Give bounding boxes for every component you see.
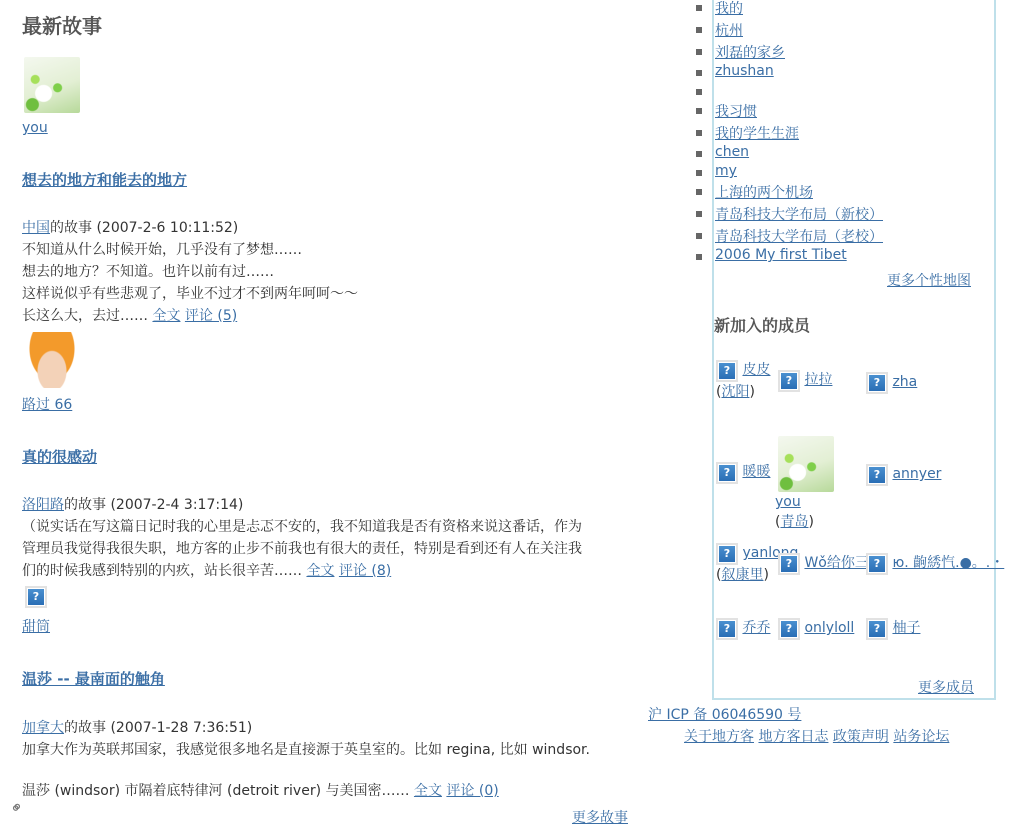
missing-avatar-icon[interactable]: ? bbox=[25, 586, 47, 608]
story-title-link[interactable]: 真的很感动 bbox=[22, 446, 97, 467]
footer-link-blog[interactable]: 地方客日志 bbox=[758, 729, 828, 745]
missing-avatar-icon: ? bbox=[716, 618, 738, 640]
member-name[interactable]: ю. 齣綉忾.●。.・ bbox=[892, 555, 1004, 571]
more-stories-link[interactable]: 更多故事 bbox=[572, 807, 628, 827]
story-excerpt: 不知道从什么时候开始，几乎没有了梦想…… bbox=[22, 240, 302, 261]
map-link[interactable]: 上海的两个机场 bbox=[715, 182, 813, 202]
member-card[interactable]: ? 皮皮(沈阳) bbox=[716, 360, 770, 402]
member-name[interactable]: 乔乔 bbox=[742, 620, 770, 636]
member-name[interactable]: you bbox=[775, 494, 801, 510]
member-name[interactable]: 皮皮 bbox=[742, 362, 770, 378]
member-city[interactable]: 叙康里 bbox=[721, 567, 763, 583]
story-meta: 加拿大的故事 (2007-1-28 7:36:51) bbox=[22, 718, 252, 739]
missing-avatar-icon: ? bbox=[866, 553, 888, 575]
member-card[interactable]: ? annyer bbox=[863, 464, 941, 486]
map-link[interactable]: 我的 bbox=[715, 0, 743, 18]
member-card[interactable]: ? 乔乔 bbox=[716, 618, 770, 640]
story-date: 的故事 (2007-2-4 3:17:14) bbox=[64, 497, 243, 513]
map-link[interactable]: 青岛科技大学布局（老校） bbox=[715, 226, 883, 246]
member-card[interactable]: ? ю. 齣綉忾.●。.・ bbox=[863, 553, 1004, 575]
member-card[interactable]: ? 柚子 bbox=[863, 618, 920, 640]
footer-link-about[interactable]: 关于地方客 bbox=[684, 729, 754, 745]
comments-link[interactable]: 评论 (0) bbox=[446, 783, 498, 799]
author-link[interactable]: 甜筒 bbox=[22, 616, 50, 636]
footer-link-forum[interactable]: 站务论坛 bbox=[893, 729, 949, 745]
icp-link[interactable]: 沪 ICP 备 06046590 号 bbox=[648, 704, 801, 724]
missing-avatar-icon: ? bbox=[716, 360, 738, 382]
story-excerpt: 加拿大作为英联邦国家，我感觉很多地名是直接源于英皇室的。比如 regina, 比… bbox=[22, 740, 590, 761]
member-card[interactable]: ? onlyloll bbox=[775, 618, 854, 640]
missing-avatar-icon: ? bbox=[778, 618, 800, 640]
author-avatar[interactable] bbox=[24, 57, 80, 113]
more-maps-link[interactable]: 更多个性地图 bbox=[887, 270, 971, 290]
missing-avatar-icon: ? bbox=[866, 464, 888, 486]
story-excerpt: 这样说似乎有些悲观了，毕业不过才不到两年呵呵～～ bbox=[22, 284, 358, 305]
missing-avatar-icon: ? bbox=[778, 553, 800, 575]
story-excerpt: 管理员我觉得我很失职，地方客的止步不前我也有很大的责任，特别是看到还有人在关注我 bbox=[22, 539, 582, 560]
place-link[interactable]: 中国 bbox=[22, 220, 50, 236]
map-link[interactable]: 杭州 bbox=[715, 20, 743, 40]
member-name[interactable]: onlyloll bbox=[804, 620, 854, 636]
map-link[interactable]: 我的学生生涯 bbox=[715, 123, 799, 143]
map-link[interactable]: 青岛科技大学布局（新校） bbox=[715, 204, 883, 224]
member-name[interactable]: annyer bbox=[892, 466, 941, 482]
comments-link[interactable]: 评论 (5) bbox=[185, 308, 237, 324]
story-excerpt-last: 们的时候我感到特别的内疚，站长很辛苦…… 全文 评论 (8) bbox=[22, 561, 391, 582]
map-link[interactable]: 我习惯 bbox=[715, 101, 757, 121]
map-link[interactable]: 刘磊的家乡 bbox=[715, 42, 785, 62]
author-link[interactable]: you bbox=[22, 120, 48, 136]
missing-avatar-icon: ? bbox=[716, 543, 738, 565]
author-avatar[interactable] bbox=[24, 332, 80, 388]
story-excerpt-last: 温莎 (windsor) 市隔着底特律河 (detroit river) 与美国… bbox=[22, 781, 499, 802]
story-excerpt-last: 长这么大，去过…… 全文 评论 (5) bbox=[22, 306, 237, 327]
new-members-title: 新加入的成员 bbox=[714, 313, 810, 336]
member-card[interactable]: ? 暖暖 bbox=[716, 462, 770, 484]
member-card[interactable]: ? zha bbox=[863, 372, 917, 394]
story-date: 的故事 (2007-2-6 10:11:52) bbox=[50, 220, 238, 236]
missing-avatar-icon: ? bbox=[716, 462, 738, 484]
story-excerpt: 想去的地方？不知道。也许以前有过…… bbox=[22, 262, 274, 283]
story-meta: 洛阳路的故事 (2007-2-4 3:17:14) bbox=[22, 495, 243, 516]
map-link[interactable]: zhushan bbox=[715, 63, 774, 79]
missing-avatar-icon: ? bbox=[778, 370, 800, 392]
story-title-link[interactable]: 想去的地方和能去的地方 bbox=[22, 169, 187, 190]
place-link[interactable]: 洛阳路 bbox=[22, 497, 64, 513]
full-text-link[interactable]: 全文 bbox=[414, 783, 442, 799]
member-name[interactable]: 暖暖 bbox=[742, 464, 770, 480]
member-name[interactable]: 拉拉 bbox=[804, 372, 832, 388]
full-text-link[interactable]: 全文 bbox=[152, 308, 180, 324]
member-city[interactable]: 沈阳 bbox=[721, 384, 749, 400]
full-text-link[interactable]: 全文 bbox=[306, 563, 334, 579]
missing-avatar-icon: ? bbox=[866, 372, 888, 394]
member-city[interactable]: 青岛 bbox=[780, 514, 808, 530]
more-members-link[interactable]: 更多成员 bbox=[918, 677, 974, 697]
footer-link-policy[interactable]: 政策声明 bbox=[833, 729, 889, 745]
footer-links: 关于地方客 地方客日志 政策声明 站务论坛 bbox=[684, 726, 949, 746]
story-title-link[interactable]: 温莎 -- 最南面的触角 bbox=[22, 668, 165, 689]
story-excerpt: （说实话在写这篇日记时我的心里是忐忑不安的，我不知道我是否有资格来说这番话，作为 bbox=[22, 517, 582, 538]
story-meta: 中国的故事 (2007-2-6 10:11:52) bbox=[22, 218, 238, 239]
member-name[interactable]: zha bbox=[892, 374, 917, 390]
map-link[interactable]: chen bbox=[715, 144, 749, 160]
map-link[interactable]: 2006 My first Tibet bbox=[715, 247, 847, 263]
map-link[interactable]: my bbox=[715, 163, 737, 179]
page-title: 最新故事 bbox=[22, 10, 102, 39]
member-name[interactable]: 柚子 bbox=[892, 620, 920, 636]
member-avatar bbox=[778, 436, 834, 492]
missing-avatar-icon: ? bbox=[866, 618, 888, 640]
place-link[interactable]: 加拿大 bbox=[22, 720, 64, 736]
member-card[interactable]: ? 拉拉 bbox=[775, 370, 832, 392]
comments-link[interactable]: 评论 (8) bbox=[339, 563, 391, 579]
member-card[interactable]: you(青岛) bbox=[775, 436, 834, 532]
author-link[interactable]: 路过 66 bbox=[22, 394, 72, 414]
story-date: 的故事 (2007-1-28 7:36:51) bbox=[64, 720, 252, 736]
